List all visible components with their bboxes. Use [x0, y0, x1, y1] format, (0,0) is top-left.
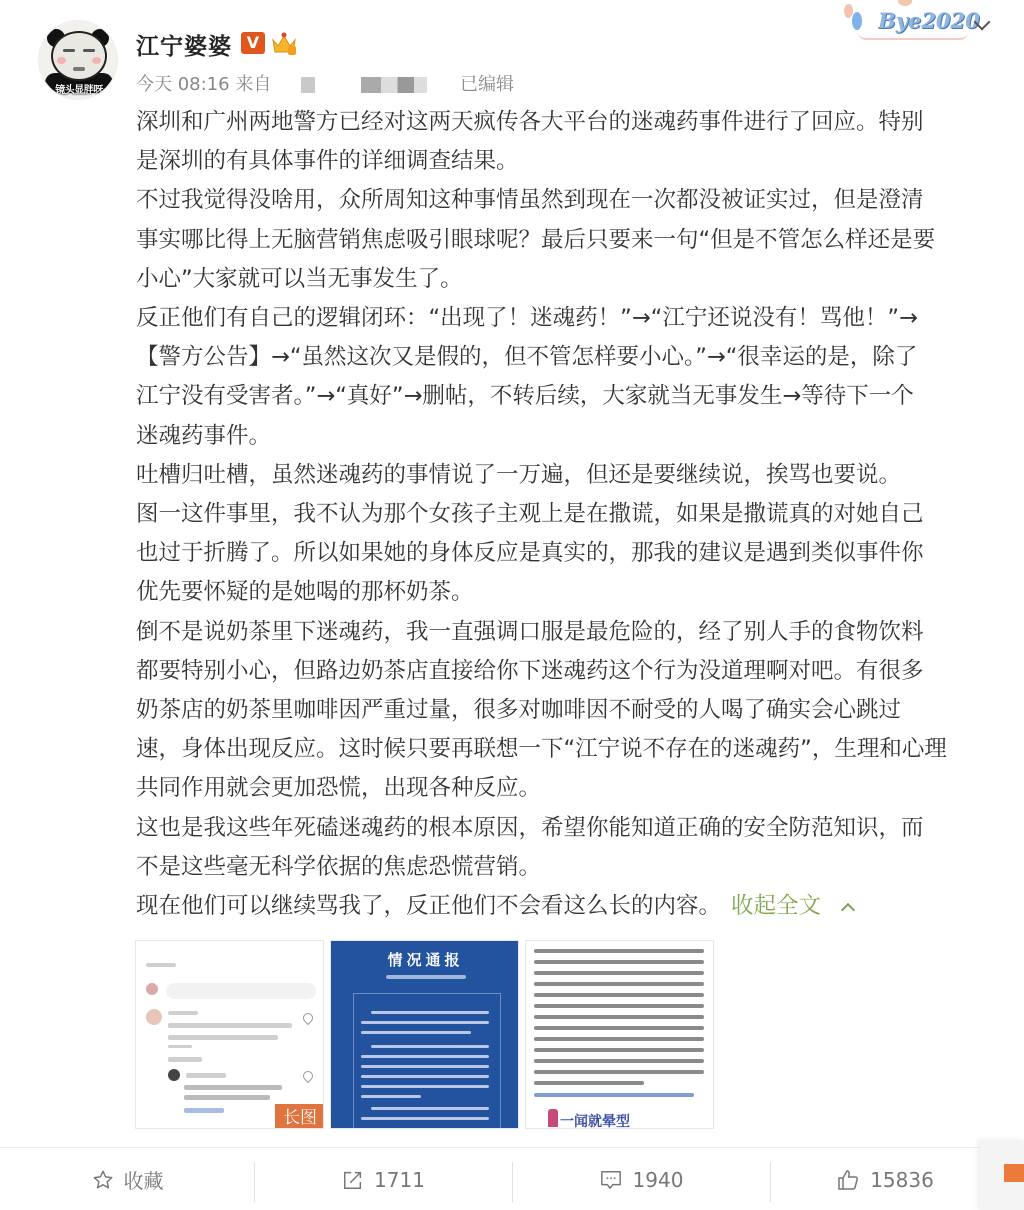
text-line: 吐槽归吐槽，虽然迷魂药的事情说了一万遍，但还是要继续说，挨骂也要说。	[136, 456, 1006, 495]
like-count: 15836	[870, 1168, 934, 1192]
post-body: 深圳和广州两地警方已经对这两天疯传各大平台的迷魂药事件进行了回应。特别 是深圳的…	[136, 103, 1006, 926]
text-line: 不是这些毫无科学依据的焦虑恐慌营销。	[136, 848, 1006, 887]
text-line: 事实哪比得上无脑营销焦虑吸引眼球呢？最后只要来一句“但是不管怎么样还是要	[136, 221, 1006, 260]
foot-decoration-icon	[852, 12, 862, 30]
redacted-source	[301, 77, 315, 93]
notice-title: 情况通报	[331, 949, 519, 970]
avatar[interactable]: 镜头显胖呀	[38, 20, 118, 100]
thumbs-up-icon	[836, 1168, 860, 1192]
decoration-text: Bye2020	[878, 8, 980, 33]
author-name[interactable]: 江宁婆婆	[136, 28, 232, 61]
image-caption: 一闻就晕型	[560, 1111, 630, 1129]
text-line: 优先要怀疑的是她喝的那杯奶茶。	[136, 573, 1006, 612]
share-icon	[342, 1169, 364, 1191]
heart-icon	[301, 1069, 315, 1083]
camera-decoration-icon	[898, 0, 912, 6]
like-button[interactable]: 15836	[770, 1148, 1000, 1210]
post-meta: 今天 08:16 来自 已编辑	[136, 70, 427, 96]
image-thumbnail-3[interactable]: 一闻就晕型	[525, 940, 714, 1129]
weibo-post-card: 镜头显胖呀 江宁婆婆 V 今天 08:16 来自 已编辑 Bye2020 深圳和…	[0, 0, 1024, 1210]
repost-button[interactable]: 1711	[255, 1148, 512, 1210]
text-line: 都要特别小心，但路边奶茶店直接给你下迷魂药这个行为没道理啊对吧。有很多	[136, 652, 1006, 691]
text-line: 图一这件事里，我不认为那个女孩子主观上是在撒谎，如果是撒谎真的对她自己	[136, 495, 1006, 534]
text-line: 这也是我这些年死磕迷魂药的根本原因，希望你能知道正确的安全防范知识，而	[136, 809, 1006, 848]
text-line: 反正他们有自己的逻辑闭环：“出现了！迷魂药！”→“江宁还说没有！骂他！”→	[136, 299, 1006, 338]
collapse-full-text-link[interactable]: 收起全文	[731, 893, 853, 919]
redacted-source	[361, 77, 427, 93]
long-image-badge: 长图	[275, 1104, 324, 1129]
card-decoration: Bye2020	[840, 2, 1000, 42]
avatar-caption: 镜头显胖呀	[39, 81, 118, 96]
text-line: 深圳和广州两地警方已经对这两天疯传各大平台的迷魂药事件进行了回应。特别	[136, 103, 1006, 142]
text-line: 迷魂药事件。	[136, 417, 1006, 456]
bottle-icon	[548, 1109, 558, 1127]
text-line: 共同作用就会更加恐慌，出现各种反应。	[136, 769, 1006, 808]
comment-count: 1940	[633, 1168, 684, 1192]
edited-label: 已编辑	[460, 70, 514, 96]
verified-v-icon[interactable]: V	[241, 32, 265, 54]
text-line: 不过我觉得没啥用，众所周知这种事情虽然到现在一次都没被证实过，但是澄清	[136, 181, 1006, 220]
post-time: 今天 08:16	[136, 74, 230, 95]
repost-count: 1711	[374, 1168, 425, 1192]
favorite-button[interactable]: 收藏	[0, 1148, 255, 1210]
text-line: 速，身体出现反应。这时候只要再联想一下“江宁说不存在的迷魂药”，生理和心理	[136, 730, 1006, 769]
envelope-icon	[1004, 1164, 1024, 1182]
chevron-up-icon	[841, 903, 855, 917]
source-prefix: 来自	[235, 74, 271, 95]
text-line: 奶茶店的奶茶里咖啡因严重过量，很多对咖啡因不耐受的人喝了确实会心跳过	[136, 691, 1006, 730]
heart-icon	[301, 1011, 315, 1025]
image-thumbnail-1[interactable]: 长图	[135, 940, 324, 1129]
text-line-last: 现在他们可以继续骂我了，反正他们不会看这么长的内容。收起全文	[136, 887, 1006, 926]
text-line: 是深圳的有具体事件的详细调查结果。	[136, 142, 1006, 181]
comment-icon	[599, 1169, 623, 1191]
text-line: 倒不是说奶茶里下迷魂药，我一直强调口服是最危险的，经了别人手的食物饮料	[136, 613, 1006, 652]
crown-icon[interactable]	[270, 30, 298, 56]
text-line: 也过于折腾了。所以如果她的身体反应是真实的，那我的建议是遇到类似事件你	[136, 534, 1006, 573]
text-line: 小心”大家就可以当无事发生了。	[136, 260, 1006, 299]
favorite-label: 收藏	[124, 1165, 164, 1194]
text-line: 江宁没有受害者。”→“真好”→删帖，不转后续，大家就当无事发生→等待下一个	[136, 377, 1006, 416]
text-line: 【警方公告】→“虽然这次又是假的，但不管怎样要小心。”→“很幸运的是，除了	[136, 338, 1006, 377]
text-line: 现在他们可以继续骂我了，反正他们不会看这么长的内容。	[136, 893, 721, 919]
comment-button[interactable]: 1940	[512, 1148, 770, 1210]
floating-message-button[interactable]	[980, 1140, 1024, 1210]
image-thumbnail-2[interactable]: 情况通报	[330, 940, 519, 1129]
action-bar: 收藏 1711 1940 15836	[0, 1147, 1024, 1210]
star-icon	[92, 1169, 114, 1191]
